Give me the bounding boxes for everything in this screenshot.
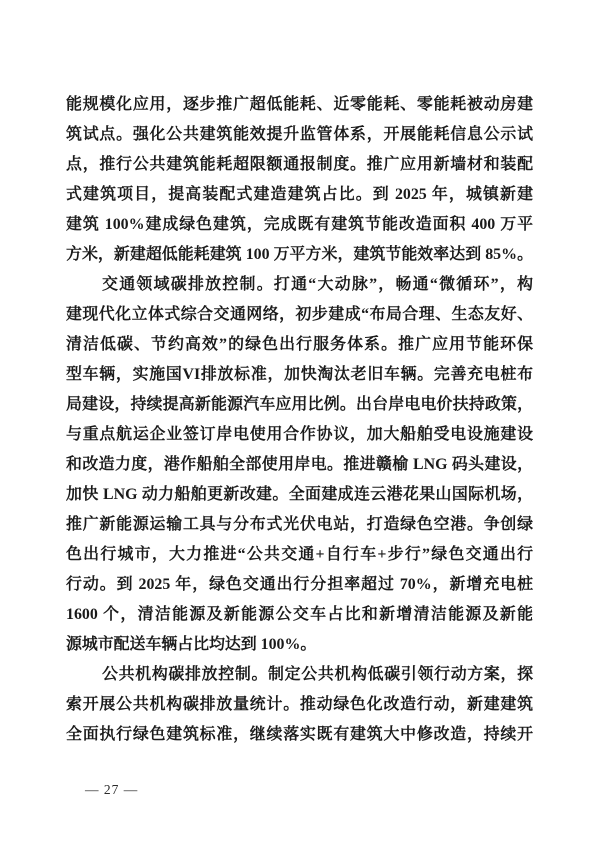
text-line: 加快 LNG 动力船舶更新改建。全面建成连云港花果山国际机场， — [66, 480, 533, 510]
text-line: 型车辆，实施国VI排放标准，加快淘汰老旧车辆。完善充电桩布 — [66, 360, 533, 390]
text-line: 源城市配送车辆占比均达到 100%。 — [66, 630, 533, 660]
document-body: 能规模化应用，逐步推广超低能耗、近零能耗、零能耗被动房建筑试点。强化公共建筑能效… — [66, 90, 533, 750]
text-line: 与重点航运企业签订岸电使用合作协议，加大船舶受电设施建设 — [66, 420, 533, 450]
text-line: 点，推行公共建筑能耗超限额通报制度。推广应用新墙材和装配 — [66, 150, 533, 180]
text-line: 建现代化立体式综合交通网络，初步建成“布局合理、生态友好、 — [66, 300, 533, 330]
text-line: 全面执行绿色建筑标准，继续落实既有建筑大中修改造，持续开 — [66, 720, 533, 750]
page-number: — 27 — — [85, 780, 138, 800]
text-line: 推广新能源运输工具与分布式光伏电站，打造绿色空港。争创绿 — [66, 510, 533, 540]
text-line: 能规模化应用，逐步推广超低能耗、近零能耗、零能耗被动房建 — [66, 90, 533, 120]
text-line: 和改造力度，港作船舶全部使用岸电。推进赣榆 LNG 码头建设， — [66, 450, 533, 480]
text-line: 式建筑项目，提高装配式建造建筑占比。到 2025 年，城镇新建 — [66, 180, 533, 210]
document-page: 能规模化应用，逐步推广超低能耗、近零能耗、零能耗被动房建筑试点。强化公共建筑能效… — [0, 0, 600, 848]
text-line: 交通领域碳排放控制。打通“大动脉”，畅通“微循环”，构 — [66, 270, 533, 300]
text-line: 1600 个，清洁能源及新能源公交车占比和新增清洁能源及新能 — [66, 600, 533, 630]
text-line: 局建设，持续提高新能源汽车应用比例。出台岸电电价扶持政策， — [66, 390, 533, 420]
text-line: 建筑 100%建成绿色建筑，完成既有建筑节能改造面积 400 万平 — [66, 210, 533, 240]
text-line: 清洁低碳、节约高效”的绿色出行服务体系。推广应用节能环保 — [66, 330, 533, 360]
text-line: 公共机构碳排放控制。制定公共机构低碳引领行动方案，探 — [66, 660, 533, 690]
text-line: 索开展公共机构碳排放量统计。推动绿色化改造行动，新建建筑 — [66, 690, 533, 720]
text-line: 色出行城市，大力推进“公共交通+自行车+步行”绿色交通出行 — [66, 540, 533, 570]
text-line: 筑试点。强化公共建筑能效提升监管体系，开展能耗信息公示试 — [66, 120, 533, 150]
text-line: 行动。到 2025 年，绿色交通出行分担率超过 70%，新增充电桩 — [66, 570, 533, 600]
text-line: 方米，新建超低能耗建筑 100 万平方米，建筑节能效率达到 85%。 — [66, 240, 533, 270]
